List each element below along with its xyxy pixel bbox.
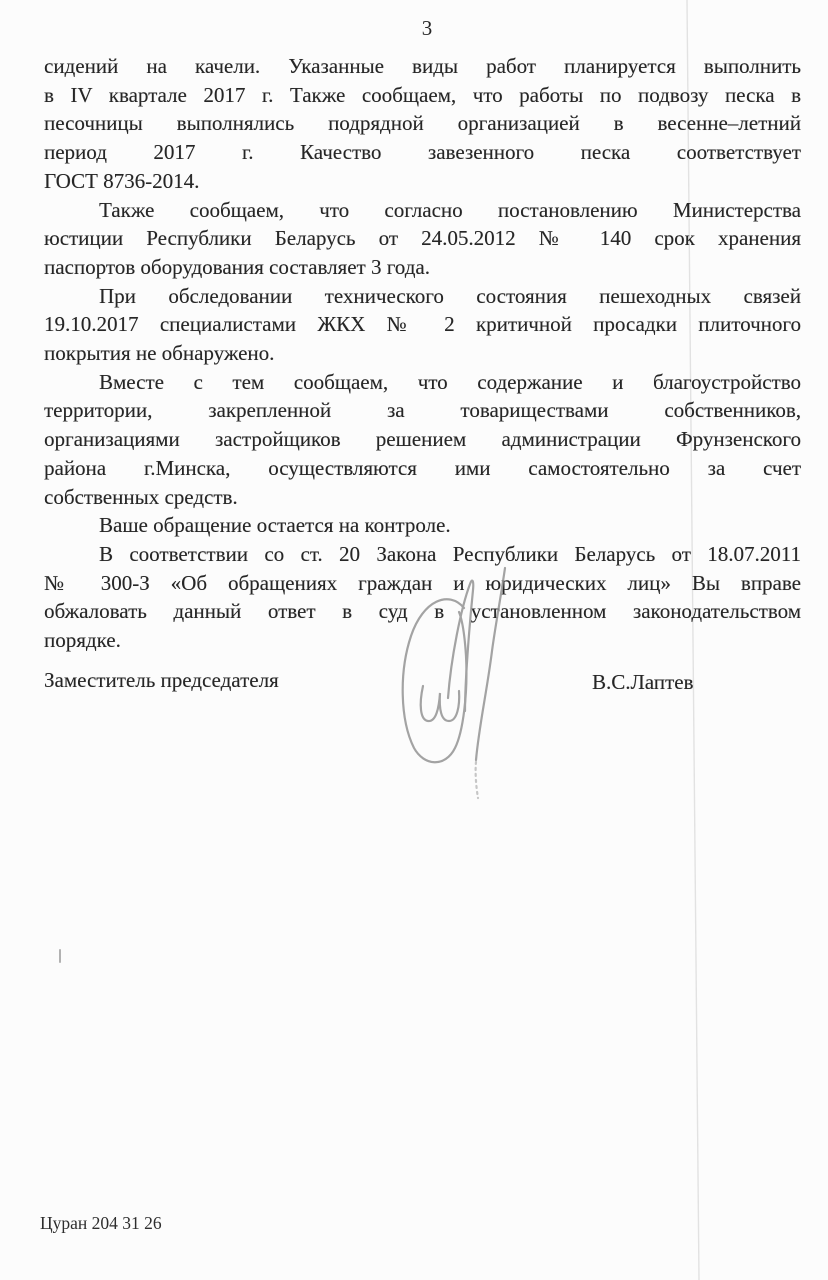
footer-reference: Цуран 204 31 26 <box>40 1213 162 1234</box>
document-page: 3 сидений на качели. Указанные виды рабо… <box>0 0 828 1280</box>
scan-artifact-mark <box>59 949 61 963</box>
paragraph: сидений на качели. Указанные виды работ … <box>44 52 801 196</box>
text-line: района г.Минска, осуществляются ими само… <box>44 454 801 483</box>
paragraph: Вместе с тем сообщаем, что содержание и … <box>44 368 801 512</box>
page-number: 3 <box>13 16 828 41</box>
text-line: территории, закрепленной за товарищества… <box>44 396 801 425</box>
signature-stroke-tail <box>476 762 478 798</box>
text-line: 19.10.2017 специалистами ЖКХ № 2 критичн… <box>44 310 801 339</box>
text-line: в IV квартале 2017 г. Также сообщаем, чт… <box>44 81 801 110</box>
signature-big-loop <box>403 599 467 762</box>
text-line: песочницы выполнялись подрядной организа… <box>44 109 801 138</box>
handwritten-signature <box>393 546 511 802</box>
text-line: Ваше обращение остается на контроле. <box>44 511 801 540</box>
signature-long-stroke <box>476 568 505 760</box>
text-line: покрытия не обнаружено. <box>44 339 801 368</box>
paragraph: Также сообщаем, что согласно постановлен… <box>44 196 801 282</box>
signer-position-title: Заместитель председателя <box>44 668 279 693</box>
text-line: юстиции Республики Беларусь от 24.05.201… <box>44 224 801 253</box>
text-line: период 2017 г. Качество завезенного песк… <box>44 138 801 167</box>
text-line: Вместе с тем сообщаем, что содержание и … <box>44 368 801 397</box>
text-line: собственных средств. <box>44 483 801 512</box>
paragraph: Ваше обращение остается на контроле. <box>44 511 801 540</box>
text-line: паспортов оборудования составляет 3 года… <box>44 253 801 282</box>
text-line: организациями застройщиков решением адми… <box>44 425 801 454</box>
signer-name: В.С.Лаптев <box>592 670 693 695</box>
signature-small-loops <box>421 686 459 721</box>
text-line: сидений на качели. Указанные виды работ … <box>44 52 801 81</box>
paragraph: При обследовании технического состояния … <box>44 282 801 368</box>
text-line: При обследовании технического состояния … <box>44 282 801 311</box>
text-line: Также сообщаем, что согласно постановлен… <box>44 196 801 225</box>
text-line: ГОСТ 8736-2014. <box>44 167 801 196</box>
